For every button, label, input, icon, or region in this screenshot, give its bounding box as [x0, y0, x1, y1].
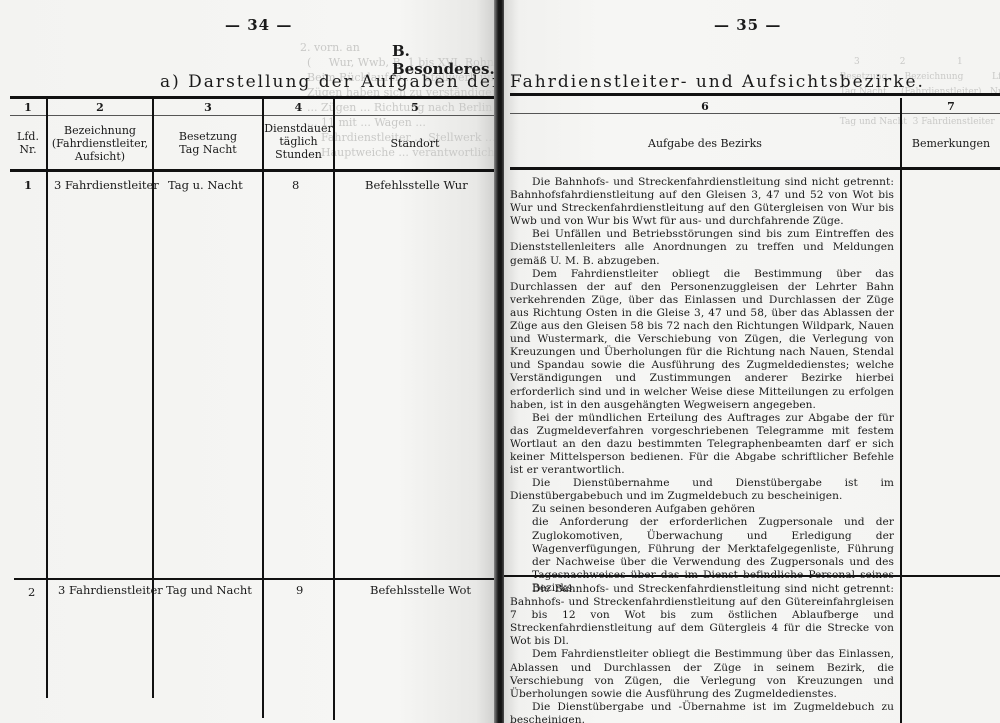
row2-dienstdauer: 9 [296, 583, 303, 597]
row1-paragraph: Dem Fahrdienstleiter obliegt die Bestimm… [510, 268, 894, 412]
col-divider-1 [46, 98, 48, 698]
row2-aufgabe: Die Bahnhofs- und Streckenfahrdienstleit… [510, 583, 894, 723]
col-number-3: 3 [154, 101, 262, 114]
header-standort: Standort [335, 137, 495, 150]
row1-dienstdauer: 8 [292, 178, 299, 192]
row1-paragraph: Zu seinen besonderen Aufgaben gehören [510, 503, 894, 516]
col-number-6: 6 [510, 100, 900, 113]
header-dienstdauer: Dienstdauer täglich Stunden [264, 122, 333, 161]
row2-paragraph: Die Bahnhofs- und Streckenfahrdienstleit… [510, 583, 894, 648]
col-number-7: 7 [902, 100, 1000, 113]
header-lfd-nr: Lfd. Nr. [12, 130, 44, 156]
colnum-rule [510, 113, 1000, 114]
colnum-rule [10, 115, 496, 116]
left-page-34: 2. vorn. an ( Wur, Wwb, B. 1 bis XVI. Ro… [0, 0, 496, 723]
row2-paragraph: Dem Fahrdienstleiter obliegt die Bestimm… [510, 648, 894, 700]
row2-standort: Befehlsstelle Wot [370, 583, 471, 597]
col-number-5: 5 [335, 101, 495, 114]
row1-besetzung: Tag u. Nacht [168, 178, 243, 192]
row2-besetzung: Tag und Nacht [166, 583, 252, 597]
table-title-part1: a) Darstellung der Aufgaben der einzelne… [160, 72, 496, 92]
row1-paragraph: Bei Unfällen und Betriebsstörungen sind … [510, 228, 894, 267]
table-top-rule [510, 93, 1000, 96]
col-number-2: 2 [48, 101, 152, 114]
col-divider-6-7 [900, 98, 902, 723]
row2-bezeichnung: 3 Fahrdienstleiter [58, 583, 163, 597]
row1-paragraph: Die Dienstübernahme und Dienstübergabe i… [510, 477, 894, 503]
row2-paragraph: Die Dienstübergabe und -Übernahme ist im… [510, 701, 894, 723]
row-separator [14, 578, 496, 580]
page-number: — 34 — [225, 16, 292, 34]
header-bemerkungen: Bemerkungen [902, 137, 1000, 150]
col-number-1: 1 [10, 101, 46, 114]
col-divider-3 [262, 98, 264, 718]
row1-bezeichnung: 3 Fahrdienstleiter [54, 178, 159, 192]
header-bezeichnung: Bezeichnung (Fahrdienstleiter, Aufsicht) [50, 124, 150, 163]
row1-standort: Befehlsstelle Wur [365, 178, 468, 192]
row2-nr: 2 [28, 585, 35, 599]
col-divider-4 [333, 98, 335, 720]
table-top-rule [10, 96, 496, 99]
row1-paragraph: Bei der mündlichen Erteilung des Auftrag… [510, 412, 894, 477]
header-besetzung: Besetzung Tag Nacht [170, 130, 246, 156]
page-number: — 35 — [714, 16, 781, 34]
row1-aufgabe: Die Bahnhofs- und Streckenfahrdienstleit… [510, 176, 894, 595]
table-title-part2: Fahrdienstleiter- und Aufsichtsbezirke. [510, 72, 925, 92]
header-bottom-rule [510, 167, 1000, 170]
row1-nr: 1 [24, 178, 32, 192]
col-number-4: 4 [264, 101, 333, 114]
header-aufgabe: Aufgabe des Bezirks [510, 137, 900, 150]
header-bottom-rule [10, 169, 496, 172]
row1-paragraph: Die Bahnhofs- und Streckenfahrdienstleit… [510, 176, 894, 228]
right-page-35: 3 2 1 Besetzung Bezeichnung Lfd. Tag Nac… [504, 0, 1000, 723]
